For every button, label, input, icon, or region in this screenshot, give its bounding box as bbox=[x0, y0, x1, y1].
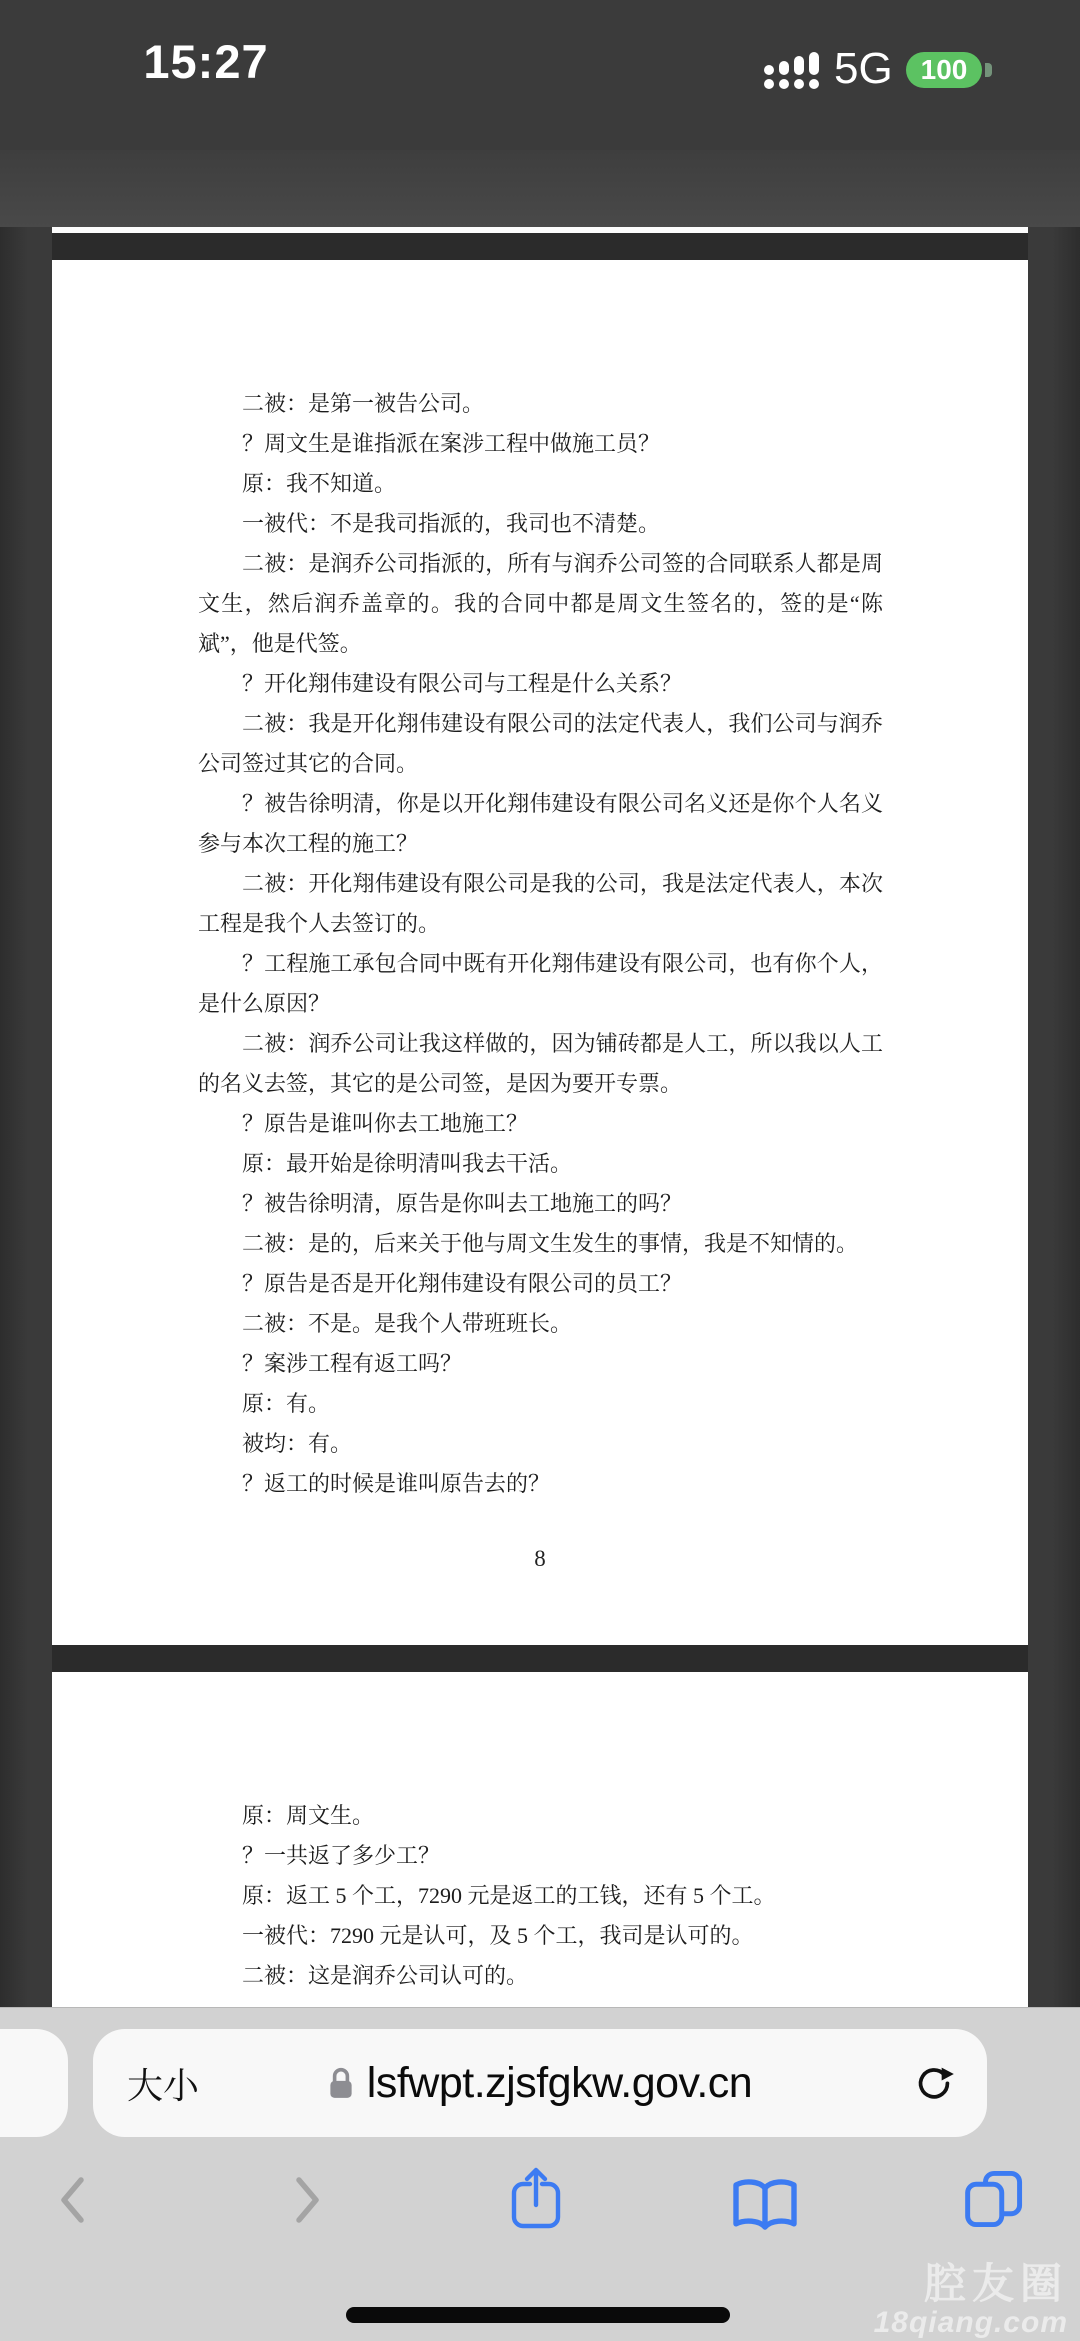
pdf-page-9: 原：周文生。？一共返了多少工？原：返工 5 个工，7290 元是返工的工钱，还有… bbox=[52, 1672, 1028, 2007]
transcript-line: 二被：开化翔伟建设有限公司是我的公司，我是法定代表人，本次工程是我个人去签订的。 bbox=[198, 864, 883, 944]
transcript-line: ？开化翔伟建设有限公司与工程是什么关系？ bbox=[198, 664, 883, 704]
watermark: 腔友圈 18qiang.com bbox=[874, 2262, 1068, 2338]
browser-top-band bbox=[0, 150, 1080, 227]
clock: 15:27 bbox=[108, 34, 304, 89]
transcript-line: 二被：我是开化翔伟建设有限公司的法定代表人，我们公司与润乔公司签过其它的合同。 bbox=[198, 704, 883, 784]
back-icon[interactable] bbox=[59, 2176, 86, 2224]
transcript-line: 二被：这是润乔公司认可的。 bbox=[198, 1956, 883, 1996]
transcript-line: ？被告徐明清，原告是你叫去工地施工的吗？ bbox=[198, 1184, 883, 1224]
address-bar[interactable]: 大小 lsfwpt.zjsfgkw.gov.cn bbox=[93, 2029, 987, 2137]
transcript-line: 二被：润乔公司让我这样做的，因为铺砖都是人工，所以我以人工的名义去签，其它的是公… bbox=[198, 1024, 883, 1104]
battery-icon: 100 bbox=[906, 52, 982, 88]
transcript-line: ？原告是否是开化翔伟建设有限公司的员工？ bbox=[198, 1264, 883, 1304]
transcript-line: ？被告徐明清，你是以开化翔伟建设有限公司名义还是你个人名义参与本次工程的施工？ bbox=[198, 784, 883, 864]
status-bar: 15:27 5G 100 bbox=[0, 0, 1080, 150]
lock-icon bbox=[328, 2066, 354, 2100]
transcript-text: 原：周文生。？一共返了多少工？原：返工 5 个工，7290 元是返工的工钱，还有… bbox=[52, 1672, 1028, 1996]
tabs-icon[interactable] bbox=[963, 2169, 1025, 2229]
share-icon[interactable] bbox=[511, 2167, 561, 2229]
transcript-line: 二被：是的，后来关于他与周文生发生的事情，我是不知情的。 bbox=[198, 1224, 883, 1264]
transcript-line: 二被：不是。是我个人带班班长。 bbox=[198, 1304, 883, 1344]
page-number: 8 bbox=[52, 1546, 1028, 1572]
watermark-name: 腔友圈 bbox=[874, 2262, 1068, 2306]
network-type-label: 5G bbox=[834, 44, 893, 94]
transcript-line: 二被：是润乔公司指派的，所有与润乔公司签的合同联系人都是周文生，然后润乔盖章的。… bbox=[198, 544, 883, 664]
page-gap bbox=[52, 233, 1028, 260]
transcript-line: 被均：有。 bbox=[198, 1424, 883, 1464]
previous-tab-stub[interactable] bbox=[0, 2029, 68, 2137]
forward-icon[interactable] bbox=[294, 2176, 321, 2224]
transcript-line: 原：我不知道。 bbox=[198, 464, 883, 504]
transcript-line: ？一共返了多少工？ bbox=[198, 1836, 883, 1876]
bookmarks-icon[interactable] bbox=[729, 2175, 801, 2235]
battery-nub bbox=[985, 63, 992, 77]
transcript-line: 原：周文生。 bbox=[198, 1796, 883, 1836]
transcript-line: ？返工的时候是谁叫原告去的？ bbox=[198, 1464, 883, 1504]
transcript-line: ？工程施工承包合同中既有开化翔伟建设有限公司，也有你个人，是什么原因？ bbox=[198, 944, 883, 1024]
pdf-page-8: 二被：是第一被告公司。？周文生是谁指派在案涉工程中做施工员？原：我不知道。一被代… bbox=[52, 260, 1028, 1645]
iphone-screen: 15:27 5G 100 二被：是第一被告公司。？周文生是谁指派在案涉工程中做施… bbox=[0, 0, 1080, 2341]
page-gap bbox=[52, 1645, 1028, 1672]
cellular-signal-icon bbox=[764, 52, 822, 89]
transcript-line: 原：最开始是徐明清叫我去干活。 bbox=[198, 1144, 883, 1184]
transcript-line: 原：返工 5 个工，7290 元是返工的工钱，还有 5 个工。 bbox=[198, 1876, 883, 1916]
transcript-line: ？案涉工程有返工吗？ bbox=[198, 1344, 883, 1384]
transcript-line: ？原告是谁叫你去工地施工？ bbox=[198, 1104, 883, 1144]
pdf-viewer[interactable]: 二被：是第一被告公司。？周文生是谁指派在案涉工程中做施工员？原：我不知道。一被代… bbox=[0, 227, 1080, 2007]
transcript-text: 二被：是第一被告公司。？周文生是谁指派在案涉工程中做施工员？原：我不知道。一被代… bbox=[52, 260, 1028, 1504]
watermark-site: 18qiang.com bbox=[874, 2307, 1068, 2339]
transcript-line: 原：有。 bbox=[198, 1384, 883, 1424]
safari-bottom-toolbar: 大小 lsfwpt.zjsfgkw.gov.cn bbox=[0, 2007, 1080, 2341]
home-indicator[interactable] bbox=[346, 2307, 730, 2323]
transcript-line: 二被：是第一被告公司。 bbox=[198, 384, 883, 424]
transcript-line: ？周文生是谁指派在案涉工程中做施工员？ bbox=[198, 424, 883, 464]
reload-icon[interactable] bbox=[911, 2060, 957, 2106]
url-text: lsfwpt.zjsfgkw.gov.cn bbox=[367, 2059, 752, 2108]
transcript-line: 一被代：7290 元是认可，及 5 个工，我司是认可的。 bbox=[198, 1916, 883, 1956]
transcript-line: 一被代：不是我司指派的，我司也不清楚。 bbox=[198, 504, 883, 544]
